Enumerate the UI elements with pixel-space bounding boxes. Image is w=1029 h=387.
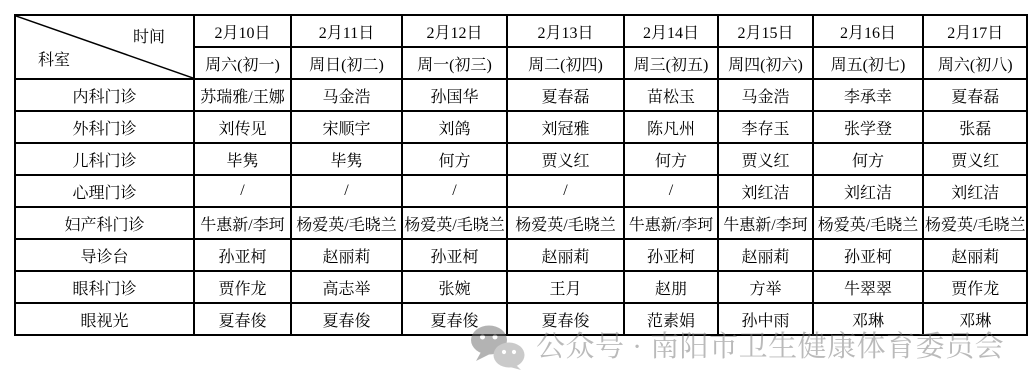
staff-cell: / bbox=[624, 175, 718, 207]
staff-cell: 方举 bbox=[718, 271, 813, 303]
staff-cell: 牛惠新/李珂 bbox=[718, 207, 813, 239]
department-label: 儿科门诊 bbox=[15, 143, 194, 175]
department-label: 眼视光 bbox=[15, 303, 194, 335]
corner-dept-label: 科室 bbox=[38, 47, 70, 70]
weekday-header: 周六(初一) bbox=[194, 47, 291, 79]
staff-cell: 夏春磊 bbox=[923, 79, 1027, 111]
table-row-psychology: 心理门诊 / / / / / 刘红洁 刘红洁 刘红洁 bbox=[15, 175, 1027, 207]
staff-cell: 夏春俊 bbox=[507, 303, 624, 335]
staff-cell: 陈凡州 bbox=[624, 111, 718, 143]
staff-cell: 杨爱英/毛晓兰 bbox=[923, 207, 1027, 239]
staff-cell: 刘传见 bbox=[194, 111, 291, 143]
weekday-header: 周三(初五) bbox=[624, 47, 718, 79]
staff-cell: / bbox=[507, 175, 624, 207]
staff-cell: 贾作龙 bbox=[923, 271, 1027, 303]
staff-cell: 杨爱英/毛晓兰 bbox=[402, 207, 507, 239]
staff-cell: 贾义红 bbox=[507, 143, 624, 175]
staff-cell: 贾义红 bbox=[923, 143, 1027, 175]
staff-cell: 邓琳 bbox=[813, 303, 923, 335]
staff-cell: 何方 bbox=[624, 143, 718, 175]
table-row-optometry: 眼视光 夏春俊 夏春俊 夏春俊 夏春俊 范素娟 孙中雨 邓琳 邓琳 bbox=[15, 303, 1027, 335]
staff-cell: 李存玉 bbox=[718, 111, 813, 143]
staff-cell: 马金浩 bbox=[718, 79, 813, 111]
staff-cell: 苏瑞雅/王娜 bbox=[194, 79, 291, 111]
staff-cell: 夏春俊 bbox=[194, 303, 291, 335]
staff-cell: 贾义红 bbox=[718, 143, 813, 175]
date-header: 2月14日 bbox=[624, 15, 718, 47]
staff-cell: 牛惠新/李珂 bbox=[194, 207, 291, 239]
date-header: 2月17日 bbox=[923, 15, 1027, 47]
staff-cell: 刘鸽 bbox=[402, 111, 507, 143]
staff-cell: 夏春磊 bbox=[507, 79, 624, 111]
table-row-ophthalmology: 眼科门诊 贾作龙 高志举 张婉 王月 赵朋 方举 牛翠翠 贾作龙 bbox=[15, 271, 1027, 303]
staff-cell: 赵朋 bbox=[624, 271, 718, 303]
date-header: 2月15日 bbox=[718, 15, 813, 47]
staff-cell: 赵丽莉 bbox=[718, 239, 813, 271]
department-label: 心理门诊 bbox=[15, 175, 194, 207]
header-date-row: 时间 科室 2月10日 2月11日 2月12日 2月13日 2月14日 2月15… bbox=[15, 15, 1027, 47]
staff-cell: 孙中雨 bbox=[718, 303, 813, 335]
date-header: 2月10日 bbox=[194, 15, 291, 47]
table-row-guide-desk: 导诊台 孙亚柯 赵丽莉 孙亚柯 赵丽莉 孙亚柯 赵丽莉 孙亚柯 赵丽莉 bbox=[15, 239, 1027, 271]
staff-cell: 刘冠雅 bbox=[507, 111, 624, 143]
staff-cell: 杨爱英/毛晓兰 bbox=[291, 207, 402, 239]
staff-cell: 牛惠新/李珂 bbox=[624, 207, 718, 239]
table-row-pediatrics: 儿科门诊 毕隽 毕隽 何方 贾义红 何方 贾义红 何方 贾义红 bbox=[15, 143, 1027, 175]
staff-cell: 赵丽莉 bbox=[507, 239, 624, 271]
staff-cell: 李承幸 bbox=[813, 79, 923, 111]
staff-cell: 夏春俊 bbox=[402, 303, 507, 335]
staff-cell: 夏春俊 bbox=[291, 303, 402, 335]
staff-cell: 刘红洁 bbox=[813, 175, 923, 207]
corner-time-label: 时间 bbox=[133, 24, 165, 47]
date-header: 2月13日 bbox=[507, 15, 624, 47]
staff-cell: 赵丽莉 bbox=[923, 239, 1027, 271]
date-header: 2月12日 bbox=[402, 15, 507, 47]
duty-roster-table: 时间 科室 2月10日 2月11日 2月12日 2月13日 2月14日 2月15… bbox=[14, 14, 1028, 336]
table-row-obstetrics: 妇产科门诊 牛惠新/李珂 杨爱英/毛晓兰 杨爱英/毛晓兰 杨爱英/毛晓兰 牛惠新… bbox=[15, 207, 1027, 239]
weekday-header: 周日(初二) bbox=[291, 47, 402, 79]
table-row-surgery: 外科门诊 刘传见 宋顺宇 刘鸽 刘冠雅 陈凡州 李存玉 张学登 张磊 bbox=[15, 111, 1027, 143]
staff-cell: 张磊 bbox=[923, 111, 1027, 143]
department-label: 眼科门诊 bbox=[15, 271, 194, 303]
department-label: 妇产科门诊 bbox=[15, 207, 194, 239]
staff-cell: 孙亚柯 bbox=[402, 239, 507, 271]
table-row-internal-medicine: 内科门诊 苏瑞雅/王娜 马金浩 孙国华 夏春磊 苗松玉 马金浩 李承幸 夏春磊 bbox=[15, 79, 1027, 111]
staff-cell: 毕隽 bbox=[194, 143, 291, 175]
department-label: 外科门诊 bbox=[15, 111, 194, 143]
weekday-header: 周一(初三) bbox=[402, 47, 507, 79]
corner-header-cell: 时间 科室 bbox=[15, 15, 194, 79]
staff-cell: 刘红洁 bbox=[718, 175, 813, 207]
staff-cell: 范素娟 bbox=[624, 303, 718, 335]
staff-cell: 孙亚柯 bbox=[624, 239, 718, 271]
weekday-header: 周五(初七) bbox=[813, 47, 923, 79]
staff-cell: 贾作龙 bbox=[194, 271, 291, 303]
staff-cell: 杨爱英/毛晓兰 bbox=[813, 207, 923, 239]
staff-cell: 王月 bbox=[507, 271, 624, 303]
staff-cell: 刘红洁 bbox=[923, 175, 1027, 207]
staff-cell: / bbox=[291, 175, 402, 207]
staff-cell: 高志举 bbox=[291, 271, 402, 303]
staff-cell: 马金浩 bbox=[291, 79, 402, 111]
staff-cell: 苗松玉 bbox=[624, 79, 718, 111]
date-header: 2月16日 bbox=[813, 15, 923, 47]
staff-cell: 孙亚柯 bbox=[194, 239, 291, 271]
staff-cell: 张婉 bbox=[402, 271, 507, 303]
staff-cell: 牛翠翠 bbox=[813, 271, 923, 303]
staff-cell: 孙国华 bbox=[402, 79, 507, 111]
staff-cell: 毕隽 bbox=[291, 143, 402, 175]
weekday-header: 周二(初四) bbox=[507, 47, 624, 79]
weekday-header: 周四(初六) bbox=[718, 47, 813, 79]
date-header: 2月11日 bbox=[291, 15, 402, 47]
department-label: 内科门诊 bbox=[15, 79, 194, 111]
staff-cell: 孙亚柯 bbox=[813, 239, 923, 271]
staff-cell: 宋顺宇 bbox=[291, 111, 402, 143]
weekday-header: 周六(初八) bbox=[923, 47, 1027, 79]
staff-cell: 赵丽莉 bbox=[291, 239, 402, 271]
staff-cell: 何方 bbox=[402, 143, 507, 175]
staff-cell: 何方 bbox=[813, 143, 923, 175]
staff-cell: 张学登 bbox=[813, 111, 923, 143]
staff-cell: 邓琳 bbox=[923, 303, 1027, 335]
staff-cell: 杨爱英/毛晓兰 bbox=[507, 207, 624, 239]
staff-cell: / bbox=[194, 175, 291, 207]
department-label: 导诊台 bbox=[15, 239, 194, 271]
staff-cell: / bbox=[402, 175, 507, 207]
